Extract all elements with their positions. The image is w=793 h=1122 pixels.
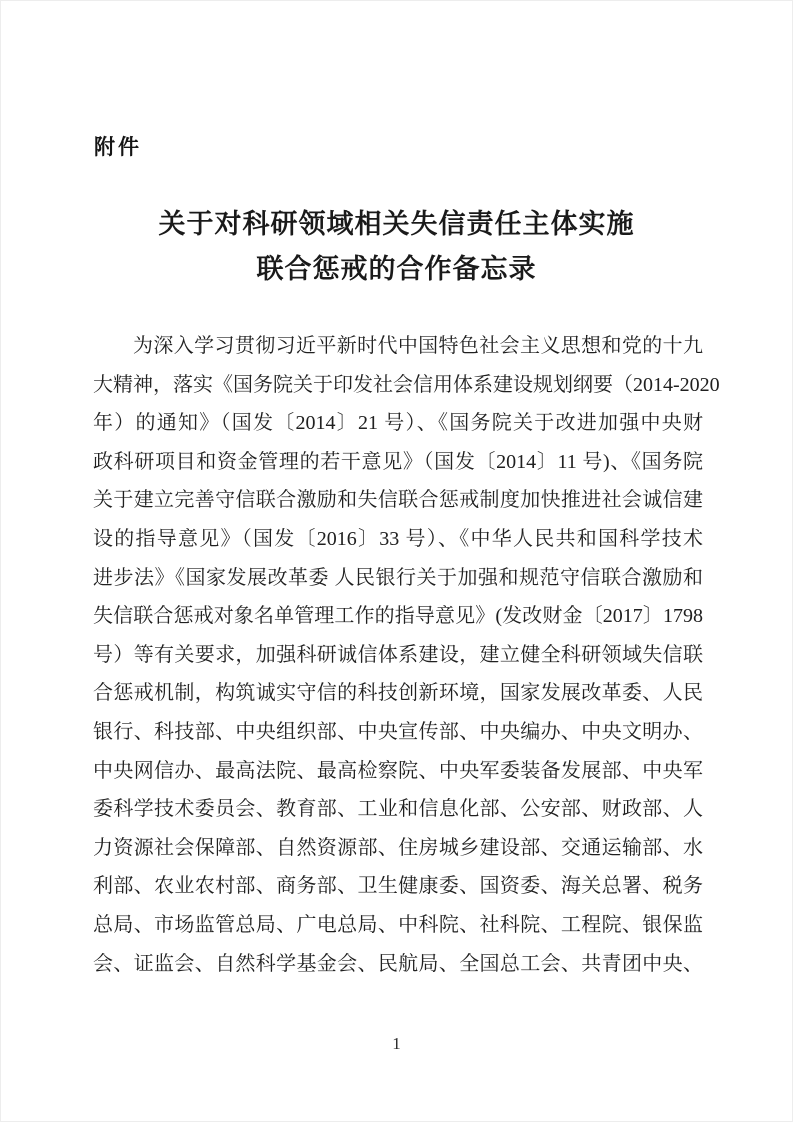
body-line: 号）等有关要求，加强科研诚信体系建设，建立健全科研领域失信联 <box>93 636 703 675</box>
body-line: 银行、科技部、中央组织部、中央宣传部、中央编办、中央文明办、 <box>93 713 703 752</box>
body-line: 进步法》《国家发展改革委 人民银行关于加强和规范守信联合激励和 <box>93 559 703 598</box>
body-line: 力资源社会保障部、自然资源部、住房城乡建设部、交通运输部、水 <box>93 829 703 868</box>
body-line: 总局、市场监管总局、广电总局、中科院、社科院、工程院、银保监 <box>93 906 703 945</box>
body-line: 年）的通知》（国发〔2014〕21 号）、《国务院关于改进加强中央财 <box>93 404 703 443</box>
body-line: 为深入学习贯彻习近平新时代中国特色社会主义思想和党的十九 <box>93 327 703 366</box>
body-line: 合惩戒机制，构筑诚实守信的科技创新环境，国家发展改革委、人民 <box>93 674 703 713</box>
body-line: 政科研项目和资金管理的若干意见》（国发〔2014〕11 号)、《国务院 <box>93 443 703 482</box>
body-line: 利部、农业农村部、商务部、卫生健康委、国资委、海关总署、税务 <box>93 867 703 906</box>
document-title-line-1: 关于对科研领域相关失信责任主体实施 <box>1 202 792 247</box>
body-line: 委科学技术委员会、教育部、工业和信息化部、公安部、财政部、人 <box>93 790 703 829</box>
page-number: 1 <box>1 1034 792 1054</box>
body-line: 会、证监会、自然科学基金会、民航局、全国总工会、共青团中央、 <box>93 945 703 984</box>
document-title: 关于对科研领域相关失信责任主体实施 联合惩戒的合作备忘录 <box>1 202 792 292</box>
body-paragraph: 为深入学习贯彻习近平新时代中国特色社会主义思想和党的十九大精神，落实《国务院关于… <box>93 327 703 983</box>
document-page: 附件 关于对科研领域相关失信责任主体实施 联合惩戒的合作备忘录 为深入学习贯彻习… <box>0 0 793 1122</box>
document-title-line-2: 联合惩戒的合作备忘录 <box>1 247 792 292</box>
body-line: 设的指导意见》（国发〔2016〕33 号）、《中华人民共和国科学技术 <box>93 520 703 559</box>
body-line: 关于建立完善守信联合激励和失信联合惩戒制度加快推进社会诚信建 <box>93 481 703 520</box>
body-line: 中央网信办、最高法院、最高检察院、中央军委装备发展部、中央军 <box>93 752 703 791</box>
attachment-label: 附件 <box>94 131 142 161</box>
body-line: 失信联合惩戒对象名单管理工作的指导意见》(发改财金〔2017〕1798 <box>93 597 703 636</box>
body-line: 大精神，落实《国务院关于印发社会信用体系建设规划纲要（2014-2020 <box>93 366 703 405</box>
